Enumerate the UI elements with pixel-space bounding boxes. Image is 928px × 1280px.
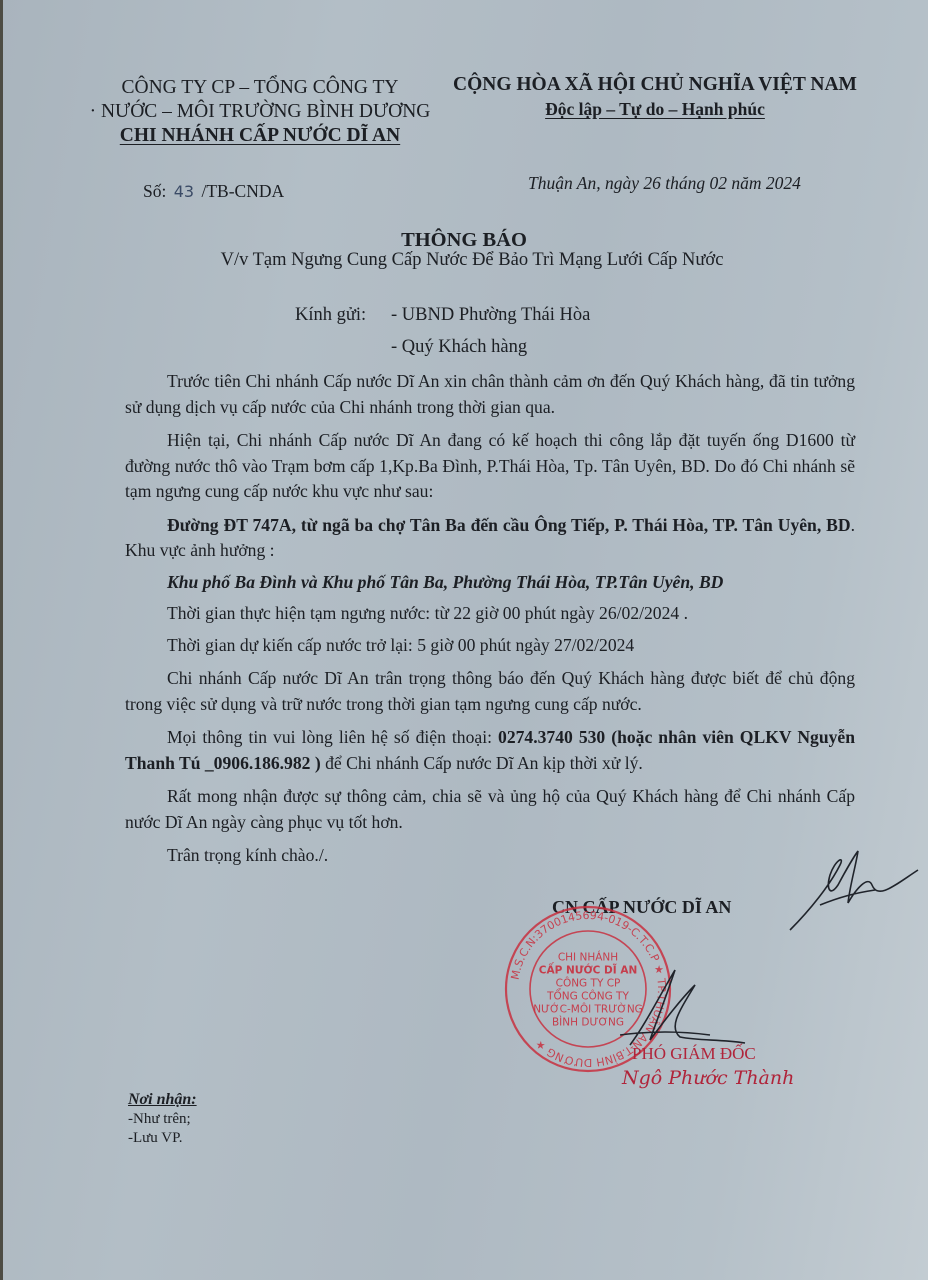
signer-name: Ngô Phước Thành	[622, 1067, 794, 1089]
receivers-heading: Nơi nhận:	[128, 1090, 197, 1110]
document-subtitle: V/v Tạm Ngưng Cung Cấp Nước Để Bảo Trì M…	[0, 250, 928, 271]
national-motto: Độc lập – Tự do – Hạnh phúc	[420, 98, 890, 120]
body-paragraph-contact: Mọi thông tin vui lòng liên hệ số điện t…	[125, 725, 855, 776]
body-paragraph-notice: Chi nhánh Cấp nước Dĩ An trân trọng thôn…	[125, 666, 855, 717]
recipient-item: - Quý Khách hàng	[391, 337, 527, 358]
place-date: Thuận An, ngày 26 tháng 02 năm 2024	[528, 173, 801, 194]
signer-title: PHÓ GIÁM ĐỐC	[632, 1044, 756, 1064]
doc-number-suffix: /TB-CNDA	[201, 181, 284, 201]
document-number: Số: 43 /TB-CNDA	[143, 181, 284, 202]
notice-body: Trước tiên Chi nhánh Cấp nước Dĩ An xin …	[125, 369, 855, 877]
recipients-label: Kính gửi:	[295, 305, 366, 326]
restore-time: Thời gian dự kiến cấp nước trở lại: 5 gi…	[125, 633, 855, 659]
svg-text:CHI NHÁNH: CHI NHÁNH	[558, 951, 618, 964]
svg-text:CÔNG TY CP: CÔNG TY CP	[556, 977, 621, 990]
document-title: THÔNG BÁO	[0, 229, 928, 252]
body-paragraph-closing: Rất mong nhận được sự thông cảm, chia sẽ…	[125, 784, 855, 835]
issuer-branch: CHI NHÁNH CẤP NƯỚC DĨ AN	[40, 124, 480, 148]
body-paragraph-plan: Hiện tại, Chi nhánh Cấp nước Dĩ An đang …	[125, 428, 855, 505]
doc-number-handwritten: 43	[171, 182, 197, 201]
national-header: CỘNG HÒA XÃ HỘI CHỦ NGHĨA VIỆT NAM Độc l…	[420, 72, 890, 120]
signature-mark-icon	[620, 965, 750, 1055]
receiver-item: -Như trên;	[128, 1110, 197, 1130]
issuer-header: CÔNG TY CP – TỔNG CÔNG TY · NƯỚC – MÔI T…	[40, 76, 480, 148]
recipient-item: - UBND Phường Thái Hòa	[391, 305, 590, 326]
receivers-block: Nơi nhận: -Như trên; -Lưu VP.	[128, 1090, 197, 1149]
body-paragraph-area: Khu phố Ba Đình và Khu phố Tân Ba, Phườn…	[125, 570, 855, 596]
body-paragraph-location: Đường ĐT 747A, từ ngã ba chợ Tân Ba đến …	[125, 513, 855, 564]
svg-text:TỔNG CÔNG TY: TỔNG CÔNG TY	[546, 988, 629, 1003]
body-paragraph-thanks: Trước tiên Chi nhánh Cấp nước Dĩ An xin …	[125, 369, 855, 420]
contact-outro: để Chi nhánh Cấp nước Dĩ An kịp thời xử …	[321, 753, 643, 773]
national-title: CỘNG HÒA XÃ HỘI CHỦ NGHĨA VIỆT NAM	[420, 72, 890, 98]
photo-edge	[0, 0, 3, 1280]
affected-road: Đường ĐT 747A, từ ngã ba chợ Tân Ba đến …	[167, 515, 851, 535]
contact-intro: Mọi thông tin vui lòng liên hệ số điện t…	[167, 727, 498, 747]
affected-area: Khu phố Ba Đình và Khu phố Tân Ba, Phườn…	[167, 572, 723, 592]
receiver-item: -Lưu VP.	[128, 1129, 197, 1149]
outage-start-time: Thời gian thực hiện tạm ngưng nước: từ 2…	[125, 601, 855, 627]
issuer-line-1: CÔNG TY CP – TỔNG CÔNG TY	[40, 76, 480, 100]
doc-number-prefix: Số:	[143, 181, 166, 201]
signature-scribble-icon	[760, 845, 920, 945]
body-paragraph-regards: Trân trọng kính chào./.	[125, 843, 855, 869]
issuer-line-2: · NƯỚC – MÔI TRƯỜNG BÌNH DƯƠNG	[40, 100, 480, 124]
svg-text:BÌNH DƯƠNG: BÌNH DƯƠNG	[552, 1016, 624, 1029]
